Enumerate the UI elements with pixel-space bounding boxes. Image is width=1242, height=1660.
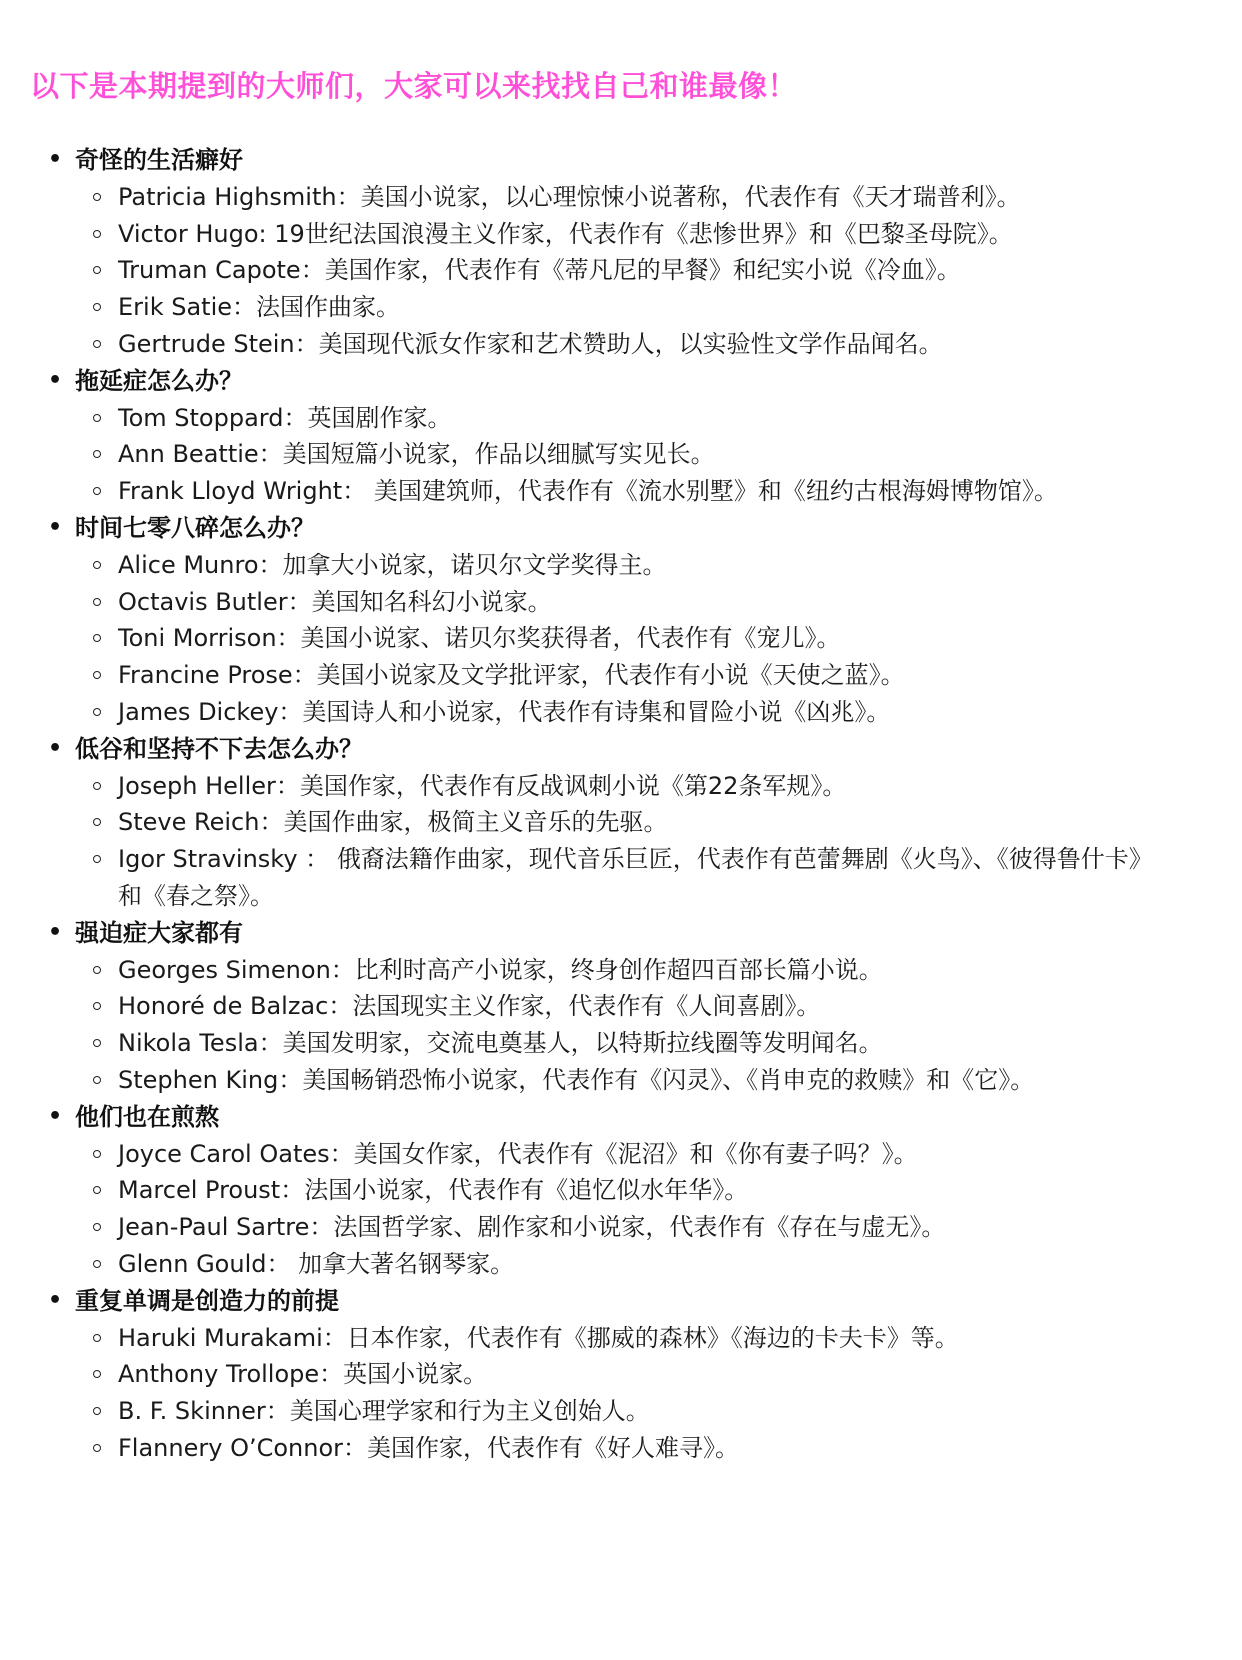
person-description: 比利时高产小说家，终身创作超四百部长篇小说。: [355, 956, 883, 984]
person-description: 19世纪法国浪漫主义作家，代表作有《悲惨世界》和《巴黎圣母院》。: [274, 220, 1013, 248]
filled-bullet-icon: •: [48, 1099, 62, 1136]
separator: :: [259, 220, 275, 248]
separator: ：: [342, 477, 374, 505]
separator: ：: [259, 1029, 283, 1057]
list-item: Toni Morrison：美国小说家、诺贝尔奖获得者，代表作有《宠儿》。: [0, 620, 1242, 657]
person-name: Steve Reich: [118, 808, 259, 836]
list-item: Frank Lloyd Wright： 美国建筑师，代表作有《流水别墅》和《纽约…: [0, 473, 1242, 510]
list-item: James Dickey：美国诗人和小说家，代表作有诗集和冒险小说《凶兆》。: [0, 694, 1242, 731]
separator: ：: [276, 772, 300, 800]
section-low-points: • 低谷和坚持不下去怎么办？ Joseph Heller：美国作家，代表作有反战…: [0, 731, 1242, 915]
section-heading-text: 低谷和坚持不下去怎么办？: [75, 735, 363, 763]
separator: ：: [266, 1397, 290, 1425]
person-name: Georges Simenon: [118, 956, 331, 984]
separator: ：: [323, 1324, 347, 1352]
hollow-bullet-icon: [93, 671, 101, 679]
person-description: 法国现实主义作家，代表作有《人间喜剧》。: [352, 992, 820, 1020]
hollow-bullet-icon: [93, 966, 101, 974]
person-description: 加拿大著名钢琴家。: [298, 1250, 514, 1278]
section-heading: • 低谷和坚持不下去怎么办？: [0, 731, 1242, 768]
hollow-bullet-icon: [93, 487, 101, 495]
separator: ：: [330, 1140, 354, 1168]
hollow-bullet-icon: [93, 450, 101, 458]
person-description: 法国哲学家、剧作家和小说家，代表作有《存在与虚无》。: [333, 1213, 945, 1241]
person-name: Frank Lloyd Wright: [118, 477, 342, 505]
item-list: Georges Simenon：比利时高产小说家，终身创作超四百部长篇小说。 H…: [0, 952, 1242, 1099]
hollow-bullet-icon: [93, 818, 101, 826]
hollow-bullet-icon: [93, 1223, 101, 1231]
section-heading: • 重复单调是创造力的前提: [0, 1283, 1242, 1320]
hollow-bullet-icon: [93, 1407, 101, 1415]
person-name: Octavis Butler: [118, 588, 288, 616]
list-item: Glenn Gould： 加拿大著名钢琴家。: [0, 1246, 1242, 1283]
section-heading: • 他们也在煎熬: [0, 1099, 1242, 1136]
separator: ：: [259, 808, 283, 836]
person-description: 美国小说家、诺贝尔奖获得者，代表作有《宠儿》。: [301, 624, 841, 652]
person-name: Marcel Proust: [118, 1176, 280, 1204]
list-item: Igor Stravinsky ： 俄裔法籍作曲家，现代音乐巨匠，代表作有芭蕾舞…: [0, 841, 1242, 915]
person-name: Flannery O’Connor: [118, 1434, 343, 1462]
person-name: James Dickey: [118, 698, 278, 726]
person-name: Stephen King: [118, 1066, 278, 1094]
hollow-bullet-icon: [93, 1076, 101, 1084]
person-description: 法国小说家，代表作有《追忆似水年华》。: [304, 1176, 748, 1204]
list-item: Joseph Heller：美国作家，代表作有反战讽刺小说《第22条军规》。: [0, 768, 1242, 805]
section-heading: • 时间七零八碎怎么办？: [0, 510, 1242, 547]
person-name: Alice Munro: [118, 551, 259, 579]
list-item: Stephen King：美国畅销恐怖小说家，代表作有《闪灵》、《肖申克的救赎》…: [0, 1062, 1242, 1099]
item-list: Patricia Highsmith：美国小说家，以心理惊悚小说著称，代表作有《…: [0, 179, 1242, 363]
list-item: Marcel Proust：法国小说家，代表作有《追忆似水年华》。: [0, 1172, 1242, 1209]
person-description: 美国短篇小说家，作品以细腻写实见长。: [283, 440, 715, 468]
person-name: Haruki Murakami: [118, 1324, 323, 1352]
person-description: 英国小说家。: [343, 1360, 487, 1388]
hollow-bullet-icon: [93, 855, 101, 863]
section-heading-text: 时间七零八碎怎么办？: [75, 514, 315, 542]
person-description: 美国发明家，交流电奠基人，以特斯拉线圈等发明闻名。: [283, 1029, 883, 1057]
list-item: Patricia Highsmith：美国小说家，以心理惊悚小说著称，代表作有《…: [0, 179, 1242, 216]
person-name: Francine Prose: [118, 661, 293, 689]
section-fragmented-time: • 时间七零八碎怎么办？ Alice Munro：加拿大小说家，诺贝尔文学奖得主…: [0, 510, 1242, 731]
list-item: Anthony Trollope：英国小说家。: [0, 1356, 1242, 1393]
filled-bullet-icon: •: [48, 510, 62, 547]
section-heading-text: 强迫症大家都有: [75, 919, 243, 947]
list-item: Victor Hugo: 19世纪法国浪漫主义作家，代表作有《悲惨世界》和《巴黎…: [0, 216, 1242, 253]
person-description: 美国畅销恐怖小说家，代表作有《闪灵》、《肖申克的救赎》和《它》。: [302, 1066, 1034, 1094]
person-name: Nikola Tesla: [118, 1029, 259, 1057]
hollow-bullet-icon: [93, 1186, 101, 1194]
separator: ：: [319, 1360, 343, 1388]
item-list: Joseph Heller：美国作家，代表作有反战讽刺小说《第22条军规》。 S…: [0, 768, 1242, 915]
separator: ：: [288, 588, 312, 616]
hollow-bullet-icon: [93, 1002, 101, 1010]
separator: ：: [337, 183, 361, 211]
person-description: 美国作家，代表作有《蒂凡尼的早餐》和纪实小说《冷血》。: [325, 256, 961, 284]
person-description: 法国作曲家。: [256, 293, 400, 321]
item-list: Joyce Carol Oates：美国女作家，代表作有《泥沼》和《你有妻子吗？…: [0, 1136, 1242, 1283]
list-item: Alice Munro：加拿大小说家，诺贝尔文学奖得主。: [0, 547, 1242, 584]
person-description: 美国小说家及文学批评家，代表作有小说《天使之蓝》。: [317, 661, 905, 689]
person-description: 加拿大小说家，诺贝尔文学奖得主。: [283, 551, 667, 579]
hollow-bullet-icon: [93, 303, 101, 311]
list-item: Nikola Tesla：美国发明家，交流电奠基人，以特斯拉线圈等发明闻名。: [0, 1025, 1242, 1062]
person-description: 美国作家，代表作有《好人难寻》。: [367, 1434, 739, 1462]
list-item: Tom Stoppard：英国剧作家。: [0, 400, 1242, 437]
person-name: B. F. Skinner: [118, 1397, 266, 1425]
filled-bullet-icon: •: [48, 363, 62, 400]
person-name: Igor Stravinsky: [118, 845, 305, 873]
person-description: 英国剧作家。: [307, 404, 451, 432]
list-item: Flannery O’Connor：美国作家，代表作有《好人难寻》。: [0, 1430, 1242, 1467]
hollow-bullet-icon: [93, 230, 101, 238]
section-quirky-habits: • 奇怪的生活癖好 Patricia Highsmith：美国小说家，以心理惊悚…: [0, 142, 1242, 363]
separator: ：: [259, 551, 283, 579]
hollow-bullet-icon: [93, 1370, 101, 1378]
separator: ：: [278, 1066, 302, 1094]
section-heading: • 强迫症大家都有: [0, 915, 1242, 952]
section-struggling: • 他们也在煎熬 Joyce Carol Oates：美国女作家，代表作有《泥沼…: [0, 1099, 1242, 1283]
person-name: Gertrude Stein: [118, 330, 295, 358]
person-name: Joseph Heller: [118, 772, 276, 800]
hollow-bullet-icon: [93, 1150, 101, 1158]
person-name: Tom Stoppard: [118, 404, 283, 432]
person-description: 美国女作家，代表作有《泥沼》和《你有妻子吗？》。: [354, 1140, 918, 1168]
separator: ：: [328, 992, 352, 1020]
list-item: Francine Prose：美国小说家及文学批评家，代表作有小说《天使之蓝》。: [0, 657, 1242, 694]
separator: ：: [266, 1250, 298, 1278]
filled-bullet-icon: •: [48, 142, 62, 179]
separator: ：: [309, 1213, 333, 1241]
list-item: Truman Capote：美国作家，代表作有《蒂凡尼的早餐》和纪实小说《冷血》…: [0, 252, 1242, 289]
section-list: • 奇怪的生活癖好 Patricia Highsmith：美国小说家，以心理惊悚…: [0, 142, 1242, 1467]
person-name: Glenn Gould: [118, 1250, 266, 1278]
page-title: 以下是本期提到的大师们，大家可以来找找自己和谁最像！: [30, 66, 797, 106]
hollow-bullet-icon: [93, 1334, 101, 1342]
person-description: 美国心理学家和行为主义创始人。: [290, 1397, 650, 1425]
list-item: Steve Reich：美国作曲家，极简主义音乐的先驱。: [0, 804, 1242, 841]
person-name: Erik Satie: [118, 293, 232, 321]
list-item: Joyce Carol Oates：美国女作家，代表作有《泥沼》和《你有妻子吗？…: [0, 1136, 1242, 1173]
person-name: Truman Capote: [118, 256, 301, 284]
separator: ：: [305, 845, 337, 873]
section-heading: • 拖延症怎么办？: [0, 363, 1242, 400]
person-name: Joyce Carol Oates: [118, 1140, 330, 1168]
separator: ：: [293, 661, 317, 689]
section-heading-text: 奇怪的生活癖好: [75, 146, 243, 174]
separator: ：: [277, 624, 301, 652]
person-name: Ann Beattie: [118, 440, 259, 468]
hollow-bullet-icon: [93, 414, 101, 422]
list-item: Erik Satie：法国作曲家。: [0, 289, 1242, 326]
person-name: Victor Hugo: [118, 220, 259, 248]
person-name: Honoré de Balzac: [118, 992, 328, 1020]
section-heading-text: 重复单调是创造力的前提: [75, 1287, 339, 1315]
list-item: B. F. Skinner：美国心理学家和行为主义创始人。: [0, 1393, 1242, 1430]
person-description: 美国现代派女作家和艺术赞助人，以实验性文学作品闻名。: [319, 330, 943, 358]
filled-bullet-icon: •: [48, 915, 62, 952]
separator: ：: [232, 293, 256, 321]
item-list: Haruki Murakami：日本作家，代表作有《挪威的森林》《海边的卡夫卡》…: [0, 1320, 1242, 1467]
separator: ：: [295, 330, 319, 358]
person-description: 美国诗人和小说家，代表作有诗集和冒险小说《凶兆》。: [302, 698, 890, 726]
list-item: Haruki Murakami：日本作家，代表作有《挪威的森林》《海边的卡夫卡》…: [0, 1320, 1242, 1357]
hollow-bullet-icon: [93, 193, 101, 201]
section-heading: • 奇怪的生活癖好: [0, 142, 1242, 179]
person-description: 美国作家，代表作有反战讽刺小说《第22条军规》。: [300, 772, 847, 800]
separator: ：: [280, 1176, 304, 1204]
list-item: Jean-Paul Sartre：法国哲学家、剧作家和小说家，代表作有《存在与虚…: [0, 1209, 1242, 1246]
person-name: Patricia Highsmith: [118, 183, 337, 211]
separator: ：: [278, 698, 302, 726]
separator: ：: [343, 1434, 367, 1462]
person-name: Toni Morrison: [118, 624, 277, 652]
hollow-bullet-icon: [93, 1039, 101, 1047]
person-description: 日本作家，代表作有《挪威的森林》《海边的卡夫卡》等。: [347, 1324, 959, 1352]
person-name: Anthony Trollope: [118, 1360, 319, 1388]
hollow-bullet-icon: [93, 708, 101, 716]
person-description: 美国建筑师，代表作有《流水别墅》和《纽约古根海姆博物馆》。: [374, 477, 1058, 505]
hollow-bullet-icon: [93, 634, 101, 642]
list-item: Octavis Butler：美国知名科幻小说家。: [0, 584, 1242, 621]
document-page: 以下是本期提到的大师们，大家可以来找找自己和谁最像！ • 奇怪的生活癖好 Pat…: [0, 0, 1242, 1660]
section-procrastination: • 拖延症怎么办？ Tom Stoppard：英国剧作家。 Ann Beatti…: [0, 363, 1242, 510]
section-heading-text: 拖延症怎么办？: [75, 367, 243, 395]
item-list: Tom Stoppard：英国剧作家。 Ann Beattie：美国短篇小说家，…: [0, 400, 1242, 510]
separator: ：: [283, 404, 307, 432]
filled-bullet-icon: •: [48, 731, 62, 768]
person-description: 美国知名科幻小说家。: [312, 588, 552, 616]
section-repetition-creativity: • 重复单调是创造力的前提 Haruki Murakami：日本作家，代表作有《…: [0, 1283, 1242, 1467]
separator: ：: [331, 956, 355, 984]
person-description: 美国小说家，以心理惊悚小说著称，代表作有《天才瑞普利》。: [361, 183, 1021, 211]
hollow-bullet-icon: [93, 1444, 101, 1452]
section-ocd: • 强迫症大家都有 Georges Simenon：比利时高产小说家，终身创作超…: [0, 915, 1242, 1099]
separator: ：: [259, 440, 283, 468]
list-item: Ann Beattie：美国短篇小说家，作品以细腻写实见长。: [0, 436, 1242, 473]
list-item: Gertrude Stein：美国现代派女作家和艺术赞助人，以实验性文学作品闻名…: [0, 326, 1242, 363]
hollow-bullet-icon: [93, 782, 101, 790]
hollow-bullet-icon: [93, 561, 101, 569]
list-item: Honoré de Balzac：法国现实主义作家，代表作有《人间喜剧》。: [0, 988, 1242, 1025]
hollow-bullet-icon: [93, 1260, 101, 1268]
item-list: Alice Munro：加拿大小说家，诺贝尔文学奖得主。 Octavis But…: [0, 547, 1242, 731]
hollow-bullet-icon: [93, 598, 101, 606]
person-name: Jean-Paul Sartre: [118, 1213, 309, 1241]
section-heading-text: 他们也在煎熬: [75, 1103, 219, 1131]
person-description: 美国作曲家，极简主义音乐的先驱。: [283, 808, 667, 836]
hollow-bullet-icon: [93, 340, 101, 348]
filled-bullet-icon: •: [48, 1283, 62, 1320]
list-item: Georges Simenon：比利时高产小说家，终身创作超四百部长篇小说。: [0, 952, 1242, 989]
separator: ：: [301, 256, 325, 284]
hollow-bullet-icon: [93, 266, 101, 274]
